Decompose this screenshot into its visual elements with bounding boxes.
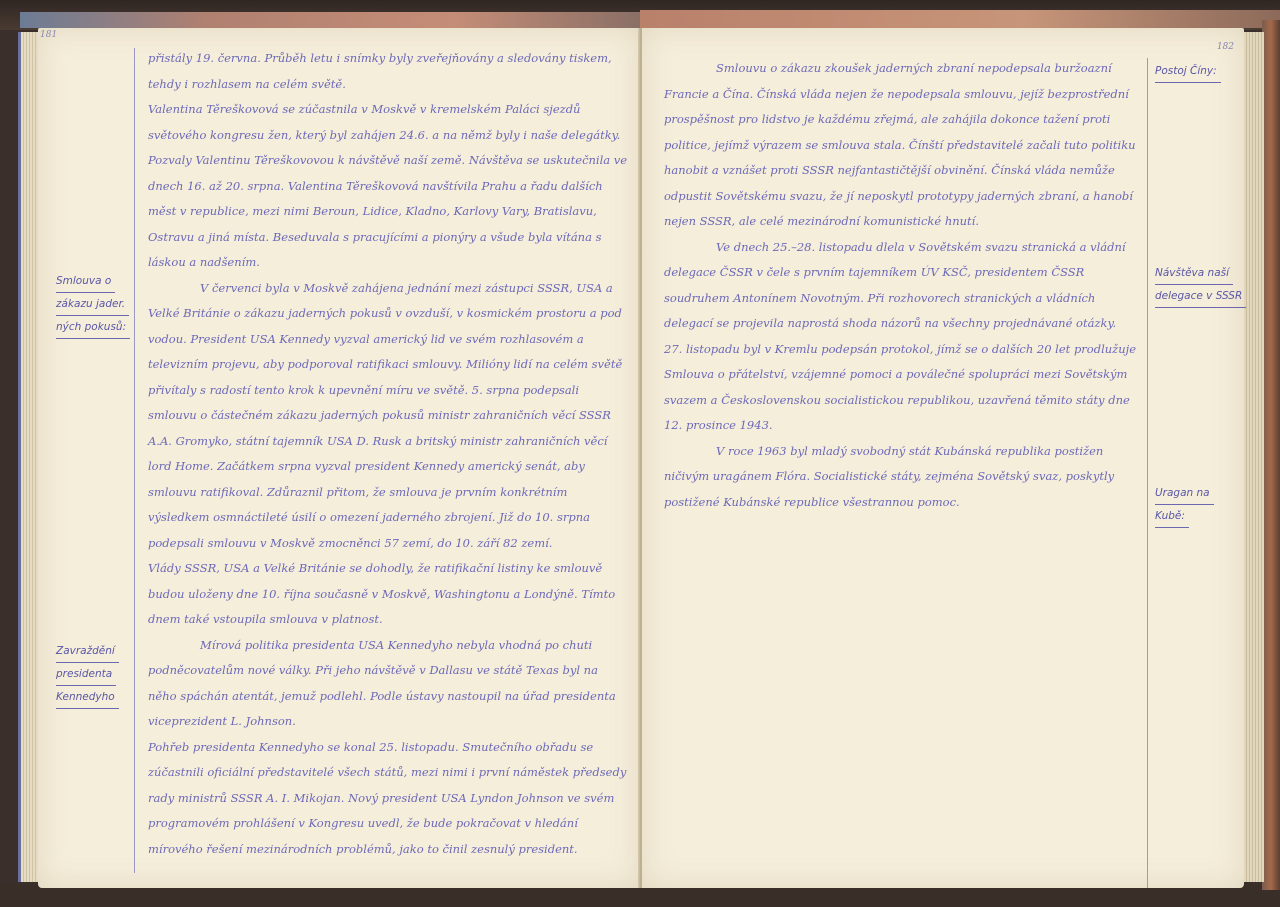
margin-note-line: ných pokusů: — [56, 316, 130, 339]
margin-note-line: delegace v SSSR — [1155, 285, 1246, 308]
paragraph: Ve dnech 25.–28. listopadu dlela v Sovět… — [664, 235, 1139, 337]
paragraph: Pohřeb presidenta Kennedyho se konal 25.… — [148, 735, 628, 863]
paragraph: 27. listopadu byl v Kremlu podepsán prot… — [664, 337, 1139, 439]
margin-rule — [1147, 58, 1148, 888]
margin-note-line: Návštěva naší — [1155, 262, 1233, 285]
paragraph: Vlády SSSR, USA a Velké Británie se doho… — [148, 556, 628, 633]
book-cover-bottom — [0, 885, 1280, 907]
margin-note-china-stance: Postoj Číny: — [1155, 60, 1221, 83]
margin-note-line: Zavraždění — [56, 640, 119, 663]
book-headband-right — [640, 10, 1280, 28]
paragraph: přistály 19. června. Průběh letu i snímk… — [148, 46, 628, 97]
margin-note-line: Kennedyho — [56, 686, 119, 709]
margin-note-kennedy-assassination: Zavraždění presidenta Kennedyho — [56, 640, 119, 709]
margin-note-line: Smlouva o — [56, 270, 115, 293]
margin-note-line: Postoj Číny: — [1155, 60, 1221, 83]
margin-note-nuclear-test-ban: Smlouva o zákazu jader. ných pokusů: — [56, 270, 130, 339]
margin-rule — [134, 48, 135, 873]
right-page-text: Smlouvu o zákazu zkoušek jaderných zbran… — [664, 56, 1139, 515]
paragraph: Mírová politika presidenta USA Kennedyho… — [148, 633, 628, 735]
margin-note-line: presidenta — [56, 663, 116, 686]
paragraph: Smlouvu o zákazu zkoušek jaderných zbran… — [664, 56, 1139, 235]
margin-note-delegation-visit: Návštěva naší delegace v SSSR — [1155, 262, 1246, 308]
left-page: 181 Smlouva o zákazu jader. ných pokusů:… — [38, 28, 640, 888]
book-cover-edge-right — [1262, 20, 1280, 890]
margin-note-line: zákazu jader. — [56, 293, 129, 316]
margin-note-line: Kubě: — [1155, 505, 1189, 528]
margin-note-line: Uragan na — [1155, 482, 1214, 505]
paragraph: V roce 1963 byl mladý svobodný stát Kubá… — [664, 439, 1139, 516]
paragraph: Valentina Těreškovová se zúčastnila v Mo… — [148, 97, 628, 276]
right-page: 182 Postoj Číny: Návštěva naší delegace … — [642, 28, 1244, 888]
margin-note-cuba-hurricane: Uragan na Kubě: — [1155, 482, 1214, 528]
paragraph: V červenci byla v Moskvě zahájena jednán… — [148, 276, 628, 557]
page-number: 182 — [1217, 42, 1234, 52]
page-stack-right — [1244, 32, 1264, 882]
page-number: 181 — [40, 30, 57, 40]
book-headband-left — [20, 12, 640, 28]
left-page-text: přistály 19. června. Průběh letu i snímk… — [148, 46, 628, 862]
